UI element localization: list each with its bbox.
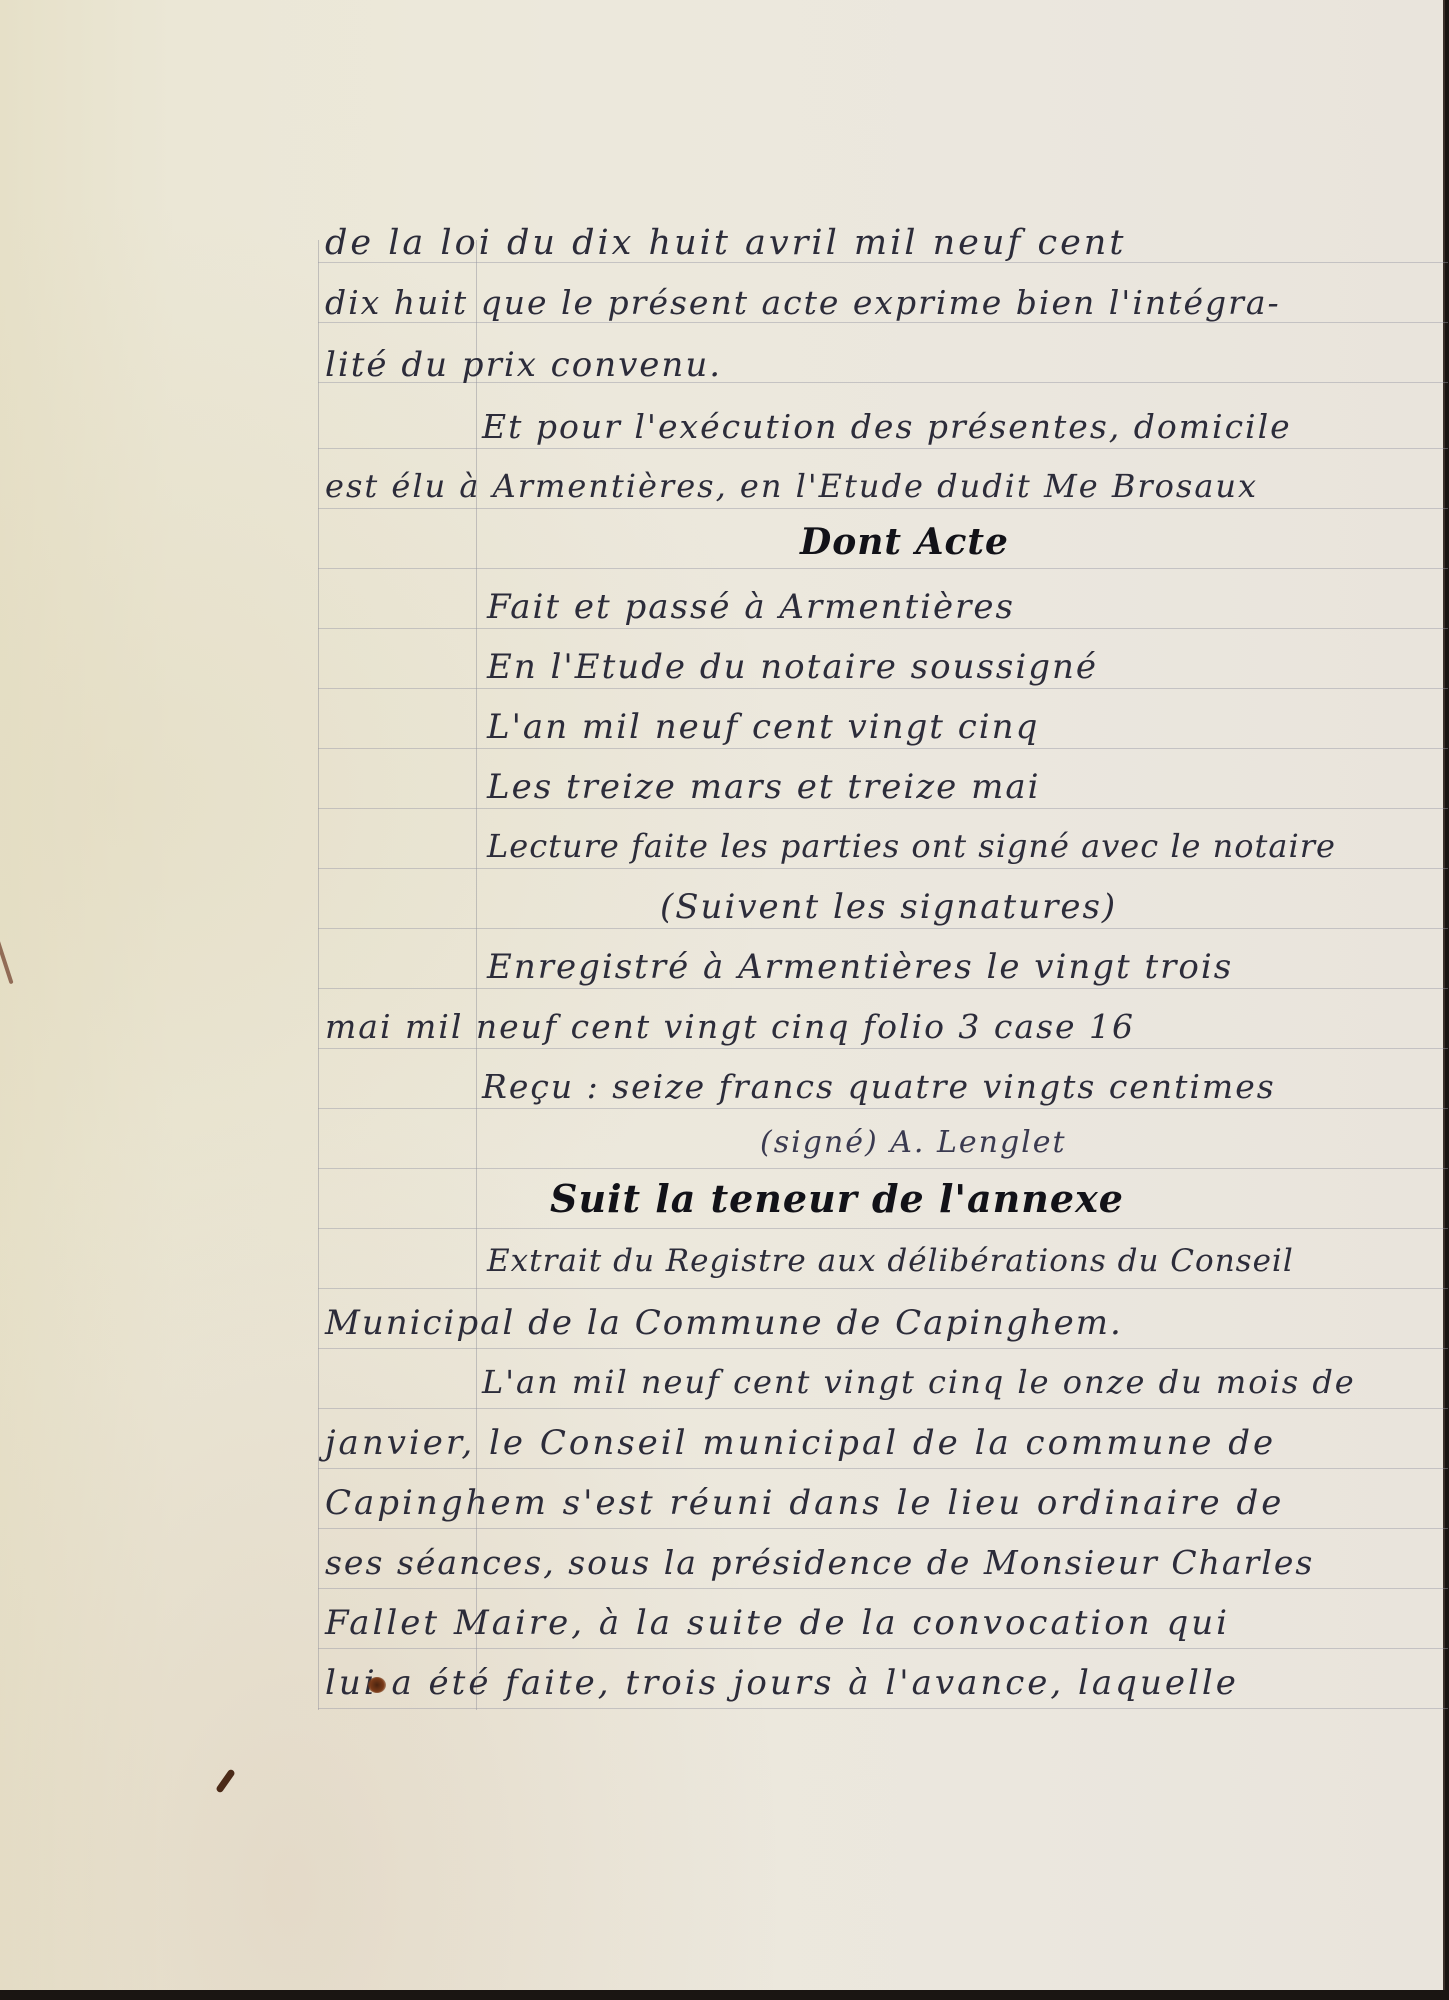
text-line: L'an mil neuf cent vingt cinq [487, 710, 1039, 744]
ruled-line [318, 568, 1448, 569]
text-line: Et pour l'exécution des présentes, domic… [482, 410, 1292, 443]
ruled-line [318, 322, 1448, 323]
text-line: Municipal de la Commune de Capinghem. [325, 1306, 1123, 1340]
ruled-line [318, 688, 1448, 689]
scan-bottom-edge [0, 1990, 1449, 2000]
text-line: Reçu : seize francs quatre vingts centim… [482, 1070, 1276, 1103]
text-line: Les treize mars et treize mai [487, 770, 1040, 804]
heading-annexe: Suit la teneur de l'annexe [550, 1180, 1124, 1218]
text-line: Fallet Maire, à la suite de la convocati… [325, 1606, 1230, 1640]
left-margin-line [318, 240, 319, 1710]
text-line: ses séances, sous la présidence de Monsi… [325, 1546, 1314, 1579]
text-line: Fait et passé à Armentières [487, 590, 1015, 624]
ruled-line [318, 508, 1448, 509]
text-line: lité du prix convenu. [325, 348, 722, 382]
ruled-line [318, 868, 1448, 869]
ruled-line [318, 1288, 1448, 1289]
register-page: de la loi du dix huit avril mil neuf cen… [0, 0, 1445, 1990]
text-line: dix huit que le présent acte exprime bie… [325, 286, 1281, 319]
text-line: Lecture faite les parties ont signé avec… [487, 830, 1336, 862]
ruled-line [318, 628, 1448, 629]
heading-dont-acte: Dont Acte [800, 524, 1009, 560]
text-line: janvier, le Conseil municipal de la comm… [325, 1426, 1276, 1460]
rust-stain [368, 1677, 386, 1693]
ruled-line [318, 1528, 1448, 1529]
text-line: Capinghem s'est réuni dans le lieu ordin… [325, 1486, 1284, 1520]
text-line: (signé) A. Lenglet [760, 1128, 1067, 1158]
ruled-line [318, 748, 1448, 749]
text-line: de la loi du dix huit avril mil neuf cen… [325, 226, 1126, 261]
ruled-line [318, 1168, 1448, 1169]
ruled-line [318, 1228, 1448, 1229]
ruled-line [318, 1468, 1448, 1469]
text-line: Enregistré à Armentières le vingt trois [487, 950, 1233, 984]
ruled-line [318, 1108, 1448, 1109]
ruled-line [318, 1348, 1448, 1349]
text-line: est élu à Armentières, en l'Etude dudit … [325, 470, 1258, 502]
ruled-line [318, 1408, 1448, 1409]
ink-streak-mark [215, 1768, 236, 1793]
ruled-line [318, 1588, 1448, 1589]
text-line: mai mil neuf cent vingt cinq folio 3 cas… [325, 1010, 1135, 1043]
text-line: Extrait du Registre aux délibérations du… [487, 1246, 1294, 1277]
edge-mark [0, 936, 14, 985]
ruled-line [318, 928, 1448, 929]
ruled-line [318, 1648, 1448, 1649]
text-line: lui a été faite, trois jours à l'avance,… [325, 1666, 1239, 1700]
text-line: (Suivent les signatures) [660, 890, 1117, 924]
ruled-line [318, 1708, 1448, 1709]
text-line: En l'Etude du notaire soussigné [487, 650, 1098, 684]
ruled-line [318, 808, 1448, 809]
ruled-line [318, 988, 1448, 989]
text-line: L'an mil neuf cent vingt cinq le onze du… [482, 1366, 1356, 1398]
ruled-line [318, 1048, 1448, 1049]
ruled-line [318, 448, 1448, 449]
